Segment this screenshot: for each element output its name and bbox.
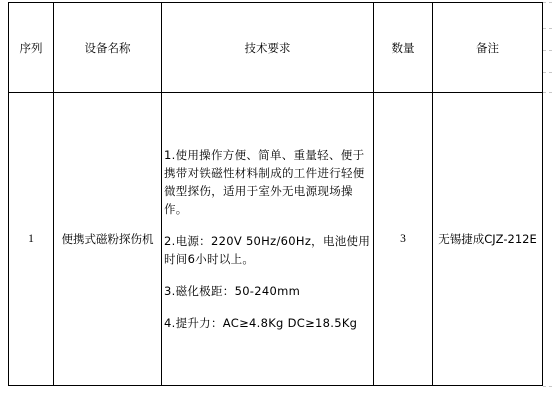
table-row: 1 便携式磁粉探伤机 1.使用操作方便、简单、重量轻、便于携带对铁磁性材料制成的… [9,93,543,386]
cell-quantity[interactable]: 3 [374,93,433,386]
header-technical-requirements[interactable]: 技术要求 [162,3,374,93]
requirement-item: 3.磁化极距：50-240mm [164,282,371,300]
gridline [543,2,552,3]
gridline [543,92,552,93]
header-device-name[interactable]: 设备名称 [54,3,162,93]
gridline [543,28,552,29]
requirement-item: 2.电源：220V 50Hz/60Hz，电池使用时间6小时以上。 [164,232,371,268]
cell-remark[interactable]: 无锡捷成CJZ-212E [433,93,543,386]
requirement-item: 4.提升力：AC≥4.8Kg DC≥18.5Kg [164,314,371,332]
cell-seq[interactable]: 1 [9,93,54,386]
gridline [543,386,552,387]
equipment-spec-table: 序列 设备名称 技术要求 数量 备注 1 便携式磁粉探伤机 1.使用操作方便、简… [8,2,543,386]
header-seq[interactable]: 序列 [9,3,54,93]
header-remark[interactable]: 备注 [433,3,543,93]
gridline [543,50,552,51]
gridline [543,72,552,73]
requirement-item: 1.使用操作方便、简单、重量轻、便于携带对铁磁性材料制成的工件进行轻便微型探伤，… [164,146,371,218]
cell-device-name[interactable]: 便携式磁粉探伤机 [54,93,162,386]
header-row: 序列 设备名称 技术要求 数量 备注 [9,3,543,93]
header-quantity[interactable]: 数量 [374,3,433,93]
cell-technical-requirements[interactable]: 1.使用操作方便、简单、重量轻、便于携带对铁磁性材料制成的工件进行轻便微型探伤，… [162,93,374,386]
